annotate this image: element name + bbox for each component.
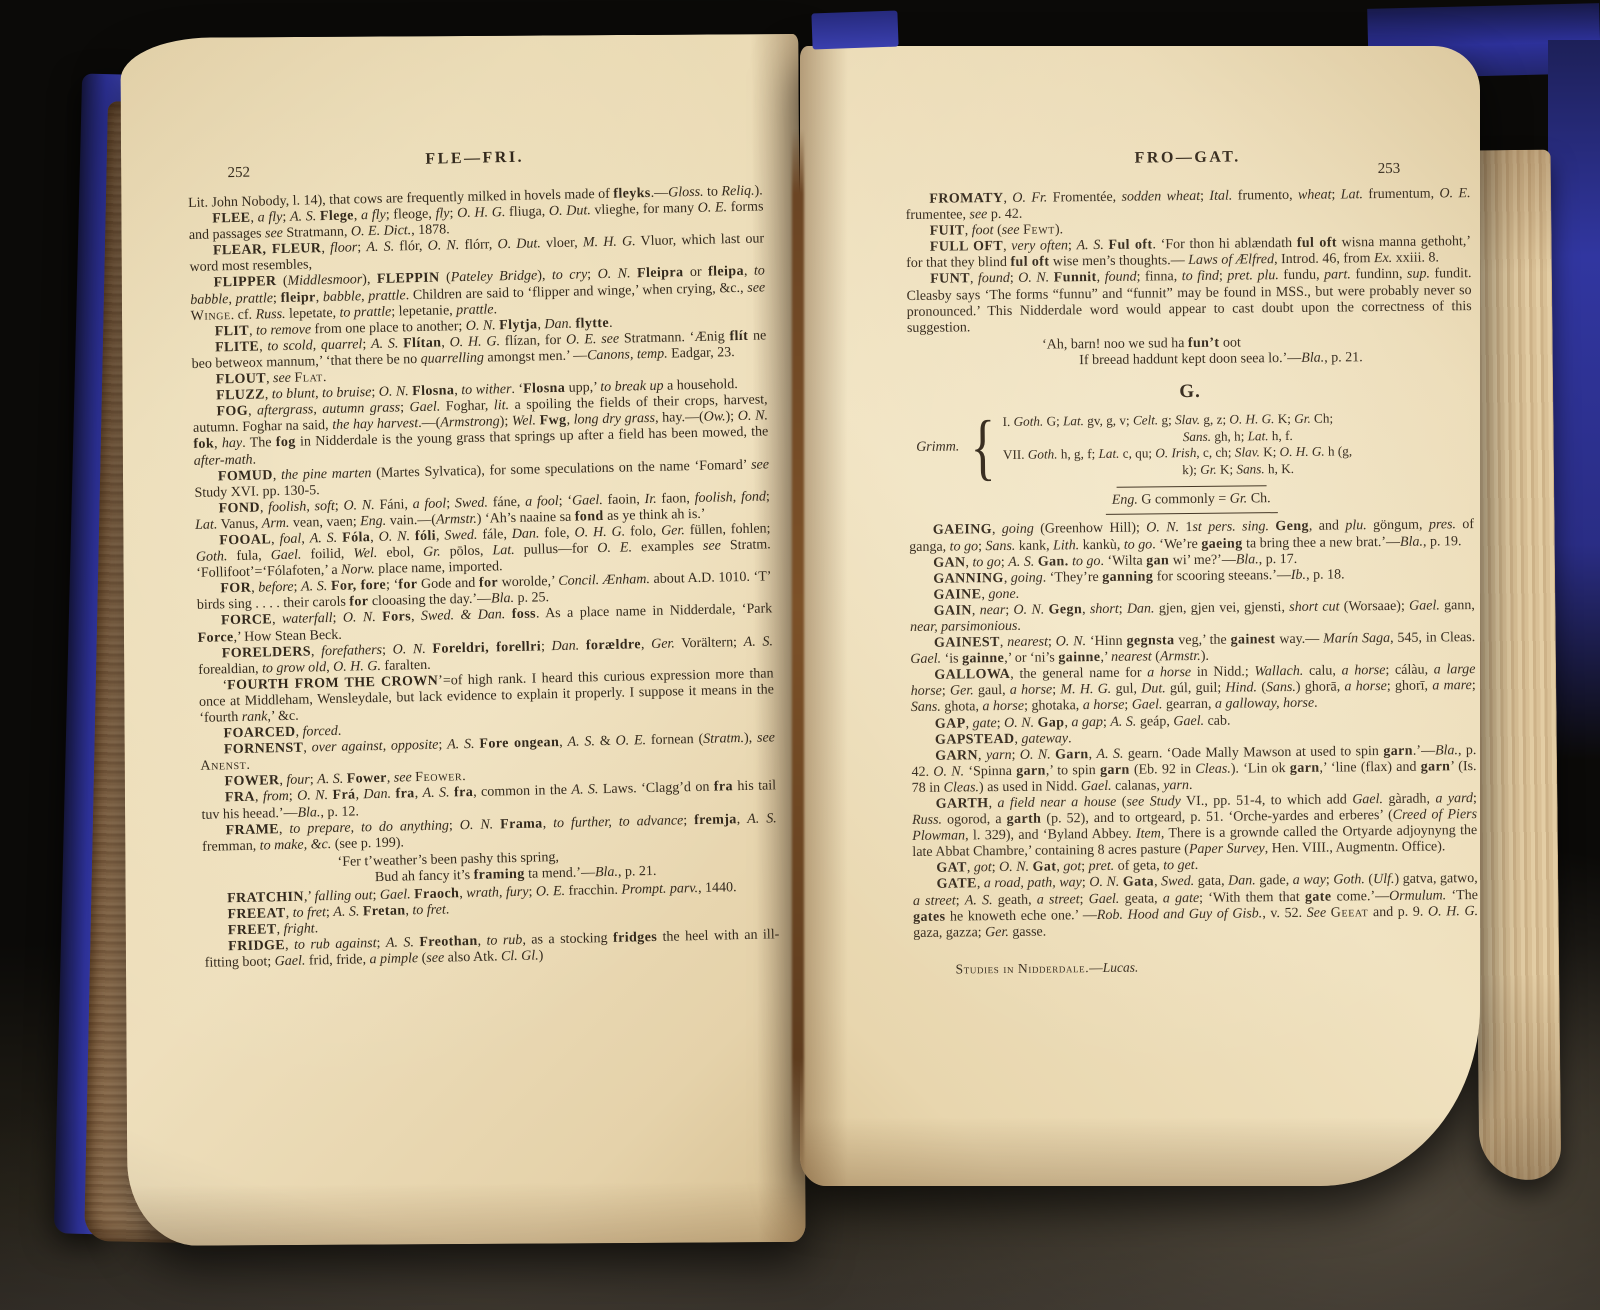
right-page-body-upper: FROMATY, O. Fr. Fromentée, sodden wheat;… [905,186,1472,371]
section-heading-g: G. [907,378,1472,406]
dictionary-entry: GAEING, going (Greenhow Hill); O. N. 1st… [909,517,1474,555]
page-number-right: 253 [1378,161,1401,178]
open-book-photo: 252 FLE—FRI. Lit. John Nobody, l. 14), t… [0,0,1600,1310]
equivalence-rule: Eng. G commonly = Gr. Ch. [909,483,1474,517]
page-fore-edge-right [1469,150,1562,1181]
right-page-header: FRO—GAT. 253 [905,140,1470,192]
rule-line-top [1116,486,1266,489]
book-gutter [792,130,804,1185]
right-page-text: FRO—GAT. 253 FROMATY, O. Fr. Fromentée, … [905,140,1479,978]
left-page-text: 252 FLE—FRI. Lit. John Nobody, l. 14), t… [187,137,780,972]
right-page-body-lower: GAEING, going (Greenhow Hill); O. N. 1st… [909,517,1478,941]
dictionary-entry: If breead haddunt kept doon seea lo.’—Bl… [1079,349,1472,369]
dictionary-entry: GALLOWA, the general name for a horse in… [910,662,1475,716]
left-page-body: Lit. John Nobody, l. 14), that cows are … [188,183,780,972]
running-head-left: FLE—FRI. [187,143,762,174]
grimm-label: Grimm. [916,440,959,456]
dictionary-entry: GARN, yarn; O. N. Garn, A. S. gearn. ‘Oa… [911,743,1476,797]
brace-glyph: { [970,410,996,484]
grimm-correspondence-block: Grimm. { I. Goth. G; Lat. gv, g, v; Celt… [916,409,1474,481]
book-spine-tab [811,11,898,50]
dictionary-entry: GARTH, a field near a house (see Study V… [912,791,1478,861]
dictionary-entry: GATE, a road, path, way; O. N. Gata, Swe… [913,872,1479,942]
grimm-lines: I. Goth. G; Lat. gv, g, v; Celt. g; Slav… [1003,409,1474,480]
dictionary-entry: FUNT, found; O. N. Funnit, found; finna,… [906,267,1472,337]
equivalence-text: Eng. G commonly = Gr. Ch. [1112,492,1271,509]
rule-line-bottom [1105,513,1277,516]
